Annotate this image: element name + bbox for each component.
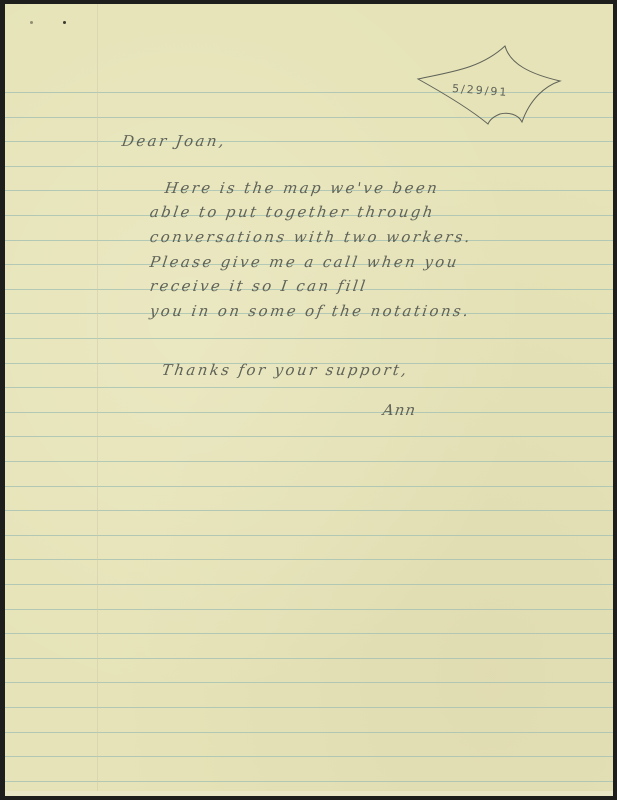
ink-speck [63,21,66,24]
paper-bottom-edge [5,791,613,796]
letter-page: 5/29/91 Dear Joan, Here is the map we've… [5,4,613,796]
body-line: receive it so I can fill [149,277,369,295]
body-line: you in on some of the notations. [149,302,472,320]
ink-speck [30,21,33,24]
body-line: Please give me a call when you [149,253,460,271]
body-line: conversations with two workers. [149,228,474,246]
margin-line [97,4,98,796]
body-line: Here is the map we've been [164,179,441,197]
closing: Thanks for your support, [161,361,410,379]
salutation: Dear Joan, [121,132,228,150]
signature: Ann [382,401,418,419]
body-line: able to put together through [149,203,436,221]
